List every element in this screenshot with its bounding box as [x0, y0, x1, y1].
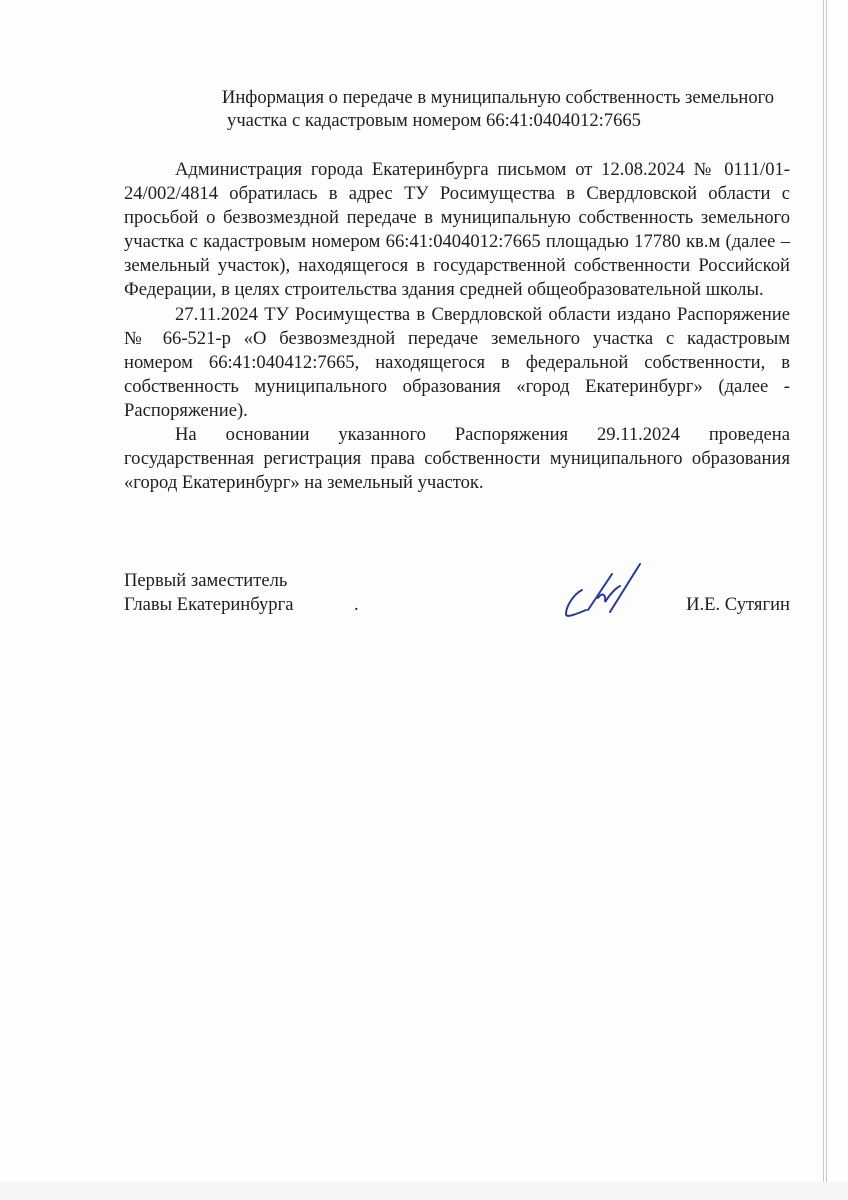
paragraph-request: Администрация города Екатеринбурга письм… — [124, 158, 790, 303]
position-line-1: Первый заместитель — [124, 569, 790, 593]
signatory-name: И.Е. Сутягин — [686, 593, 790, 617]
scan-border-line — [823, 0, 827, 1182]
paragraph-order: 27.11.2024 ТУ Росимущества в Свердловско… — [124, 303, 790, 423]
document-body: Администрация города Екатеринбурга письм… — [124, 158, 790, 495]
dot-mark: . — [354, 593, 359, 617]
document-title: Информация о передаче в муниципальную со… — [124, 86, 844, 132]
document-page: Информация о передаче в муниципальную со… — [0, 0, 848, 1182]
signature-block: Первый заместитель Главы Екатеринбурга .… — [124, 569, 790, 617]
handwritten-signature-icon — [560, 560, 655, 620]
title-line-2: участка с кадастровым номером 66:41:0404… — [24, 109, 844, 132]
paragraph-registration: На основании указанного Распоряжения 29.… — [124, 423, 790, 495]
title-line-1: Информация о передаче в муниципальную со… — [124, 86, 844, 109]
